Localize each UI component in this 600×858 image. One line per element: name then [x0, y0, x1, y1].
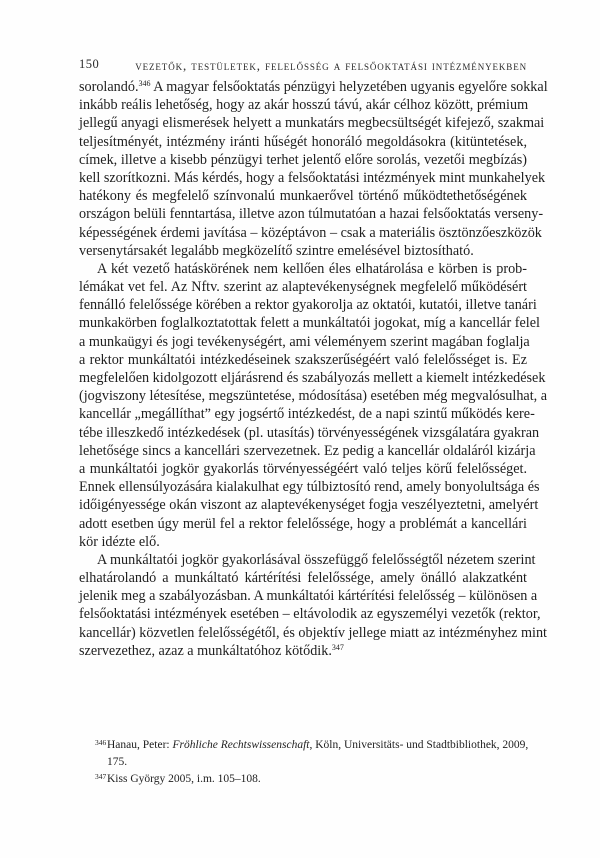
text-line: sorolandó.346 A magyar felsőoktatás pénz… — [79, 78, 527, 96]
footnote-346-continuation: 175. — [95, 754, 527, 771]
paragraph-1: sorolandó.346 A magyar felsőoktatás pénz… — [79, 78, 527, 260]
text-line: képességének érdemi javítása – középtávo… — [79, 224, 527, 242]
footnote-author: Hanau, Peter: — [107, 739, 172, 751]
text-line: címek, illetve a kisebb pénzügyi terhet … — [79, 151, 527, 169]
text-line: tébe illeszkedő intézkedések (pl. utasít… — [79, 424, 527, 442]
page-number: 150 — [79, 57, 99, 72]
text-line: inkább reális lehetőség, hogy az akár ho… — [79, 96, 527, 114]
text-line: adott esetben úgy merül fel a rektor fel… — [79, 515, 527, 533]
paragraph-2: A két vezető hatáskörének nem kellően él… — [79, 260, 527, 551]
footnote-text: Kiss György 2005, i.m. 105–108. — [107, 771, 261, 788]
footnote-ref-347[interactable]: 347 — [332, 643, 344, 652]
running-head: 150 VEZETŐK, TESTÜLETEK, FELELŐSSÉG A FE… — [79, 57, 527, 75]
text-line: jellegű anyagi elismerések helyett a mun… — [79, 114, 527, 132]
text-line: elhatárolandó a munkáltató kártérítési f… — [79, 569, 527, 587]
footnote-title: Fröhliche Rechtswissenschaft — [172, 739, 309, 751]
text-line: országon belüli fenntartása, illetve azo… — [79, 205, 527, 223]
footnote-number: 347 — [95, 771, 106, 783]
footnote-346: 346 Hanau, Peter: Fröhliche Rechtswissen… — [95, 737, 527, 754]
footnotes: 346 Hanau, Peter: Fröhliche Rechtswissen… — [95, 737, 527, 788]
text-line: a munkaügyi és jogi tevékenységért, ami … — [79, 333, 527, 351]
text-line: megfelelően kidolgozott eljárásrend és s… — [79, 369, 527, 387]
text-line: időigényessége okán viszont az alaptevék… — [79, 496, 527, 514]
text-line: hatékony és megfelelő színvonalú munkaer… — [79, 187, 527, 205]
text-line: teljesítményét, intézmény iránti hűségét… — [79, 133, 527, 151]
body-text: sorolandó.346 A magyar felsőoktatás pénz… — [79, 78, 527, 660]
book-page: 150 VEZETŐK, TESTÜLETEK, FELELŐSSÉG A FE… — [0, 0, 600, 858]
text-line: szervezethez, azaz a munkáltatóhoz kötőd… — [79, 642, 527, 660]
text-line: fennálló felelőssége körében a rektor gy… — [79, 296, 527, 314]
text-line: kell szorítkozni. Más kérdés, hogy a fel… — [79, 169, 527, 187]
text-line: kör idézte elő. — [79, 533, 527, 551]
text-line: a rektor munkáltatói intézkedéseinek sza… — [79, 351, 527, 369]
text-line: (jogviszony létesítése, megszüntetése, m… — [79, 387, 527, 405]
paragraph-3: A munkáltatói jogkör gyakorlásával össze… — [79, 551, 527, 660]
text-line: lémákat vet fel. Az Nftv. szerint az ala… — [79, 278, 527, 296]
text-line: A munkáltatói jogkör gyakorlásával össze… — [79, 551, 527, 569]
text-line: kancellár „megállíthat” egy jogsértő int… — [79, 405, 527, 423]
chapter-title: VEZETŐK, TESTÜLETEK, FELELŐSSÉG A FELSŐO… — [135, 58, 527, 74]
footnote-ref-346[interactable]: 346 — [139, 79, 151, 88]
text-line: versenytársakét legalább megközelítő szi… — [79, 242, 527, 260]
text-line: munkakörben foglalkoztatottak felett a m… — [79, 314, 527, 332]
text-line: a munkáltatói jogkör gyakorlás törvényes… — [79, 460, 527, 478]
footnote-publication: , Köln, Universitäts- und Stadtbibliothe… — [310, 739, 529, 751]
footnote-347: 347 Kiss György 2005, i.m. 105–108. — [95, 771, 527, 788]
text-line: jelenik meg a szabályozásban. A munkálta… — [79, 587, 527, 605]
footnote-number: 346 — [95, 737, 106, 749]
text-line: A két vezető hatáskörének nem kellően él… — [79, 260, 527, 278]
footnote-page: 175. — [107, 754, 127, 771]
text-line: lehetősége sincs a kancellári szervezetn… — [79, 442, 527, 460]
text-line: felsőoktatási intézmények esetében – elt… — [79, 605, 527, 623]
text-line: kancellár) közvetlen felelősségétől, és … — [79, 624, 527, 642]
text-line: Ennek ellensúlyozására kialakulhat egy t… — [79, 478, 527, 496]
